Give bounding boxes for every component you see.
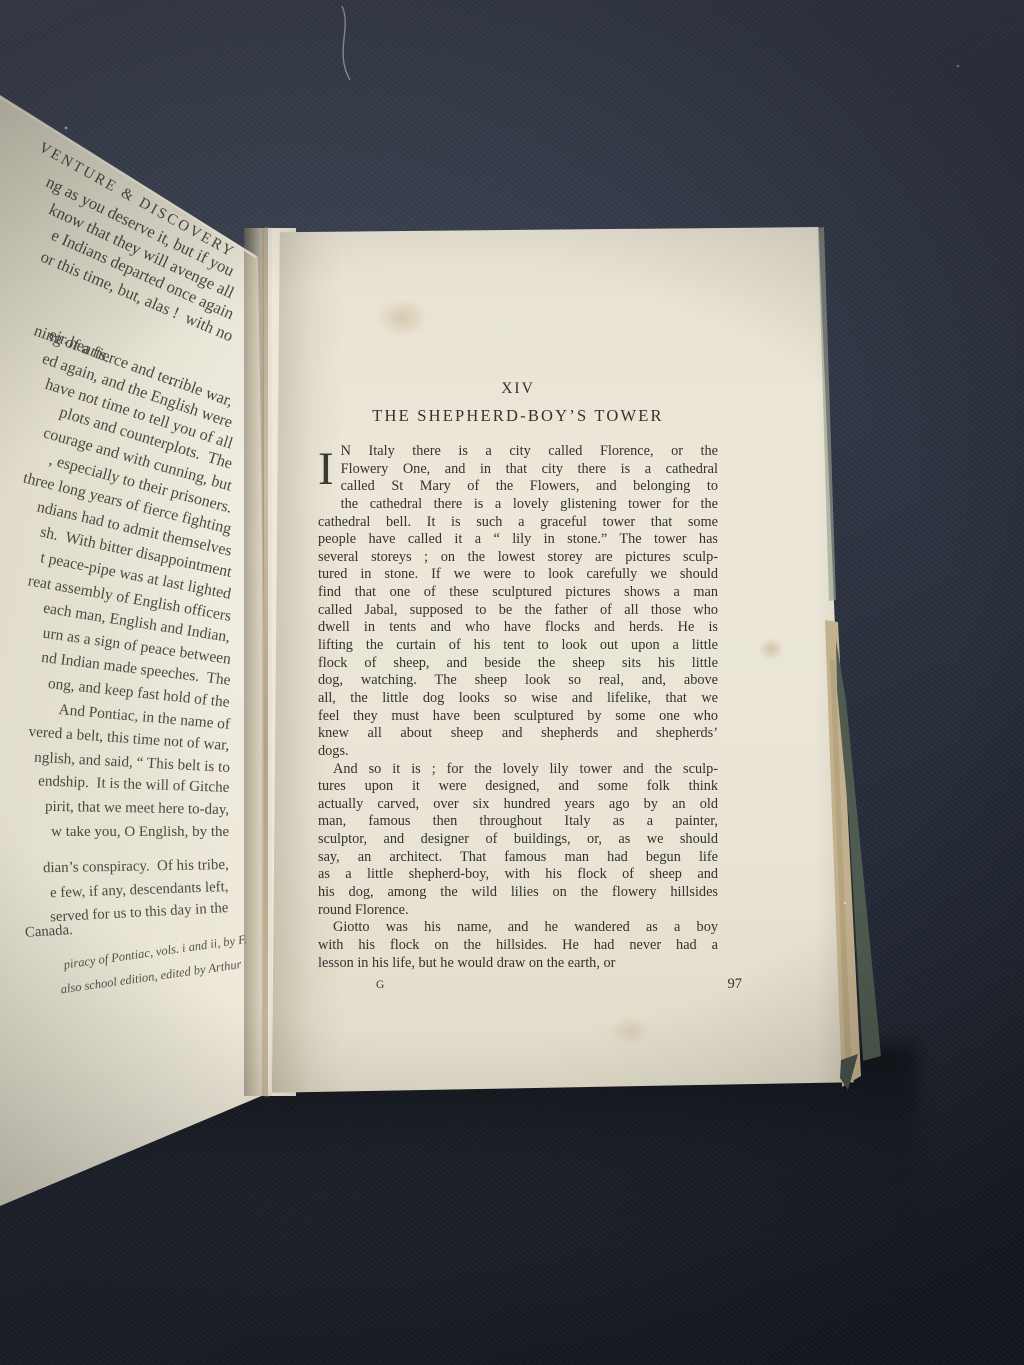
photo-open-book: { "palette": { "fabric-top": "#454c5b", …: [0, 0, 1024, 1365]
fabric-vignette: [0, 0, 1024, 1365]
